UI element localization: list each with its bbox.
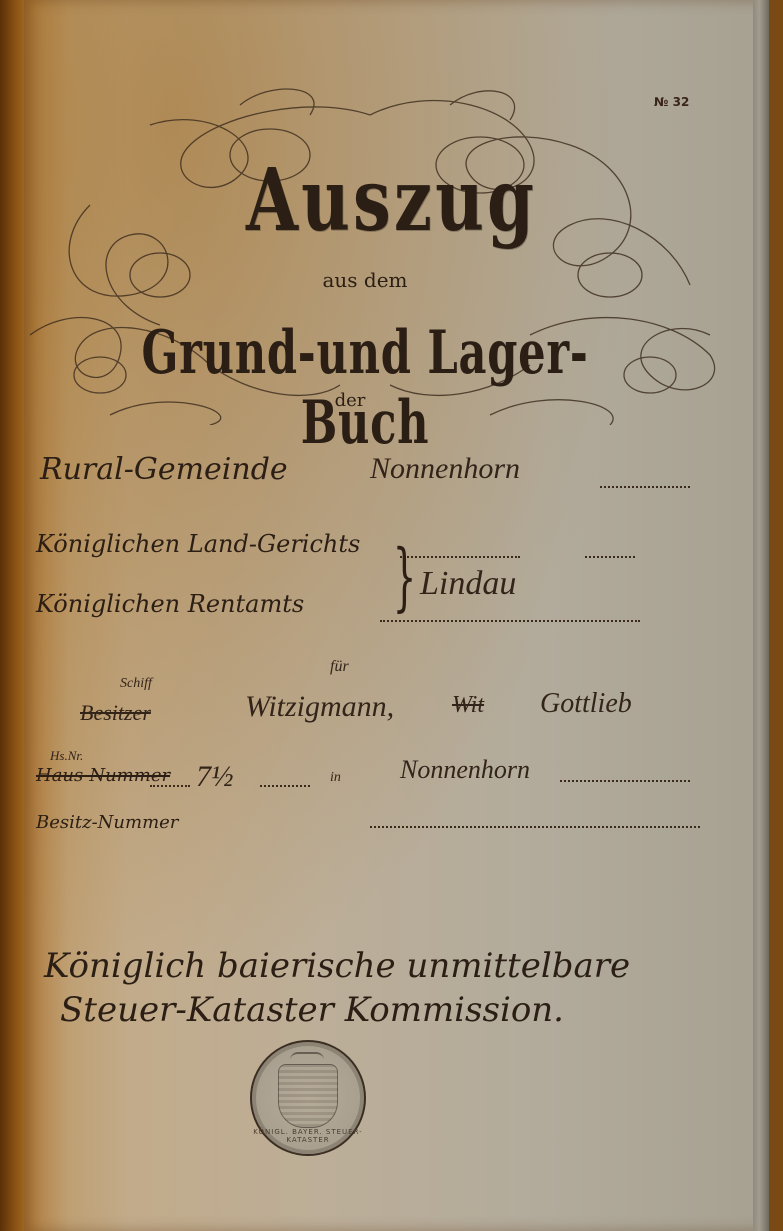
dotted-fill-line <box>370 826 700 828</box>
fuer-label: für <box>330 658 349 676</box>
title-auszug: Auszug <box>86 150 697 251</box>
plan-number-label: Besitz-Nummer <box>36 812 178 833</box>
title-grund-und-lager-buch: Grund-und Lager-Buch <box>102 318 628 458</box>
title-aus-dem: aus dem <box>300 268 430 292</box>
official-seal-stamp: KÖNIGL. BAYER. STEUER-KATASTER <box>250 1040 366 1156</box>
house-number-struck-label: Haus-Nummer <box>36 765 170 786</box>
page-edge <box>753 0 769 1231</box>
landgericht-label: Königlichen Land-Gerichts <box>36 530 360 558</box>
house-number-correction: Hs.Nr. <box>50 748 83 764</box>
gemeinde-label: Rural-Gemeinde <box>40 452 288 487</box>
owner-surname: Witzigmann, <box>245 690 394 724</box>
gemeinde-value: Nonnenhorn <box>370 452 520 486</box>
land-value-lindau: Lindau <box>420 565 516 603</box>
house-number-in: in <box>330 770 341 786</box>
title-der: der <box>310 390 390 411</box>
dotted-fill-line <box>380 620 640 622</box>
dotted-fill-line <box>150 785 190 787</box>
dotted-fill-line <box>260 785 310 787</box>
coat-of-arms-icon <box>278 1064 338 1128</box>
house-number-value: 7½ <box>196 760 234 794</box>
dotted-fill-line <box>600 486 690 488</box>
dotted-fill-line <box>585 556 635 558</box>
brace-bracket: } <box>393 540 417 614</box>
owner-struck-label: Besitzer <box>80 700 151 726</box>
seal-inscription: KÖNIGL. BAYER. STEUER-KATASTER <box>252 1128 364 1144</box>
dotted-fill-line <box>400 556 520 558</box>
authority-line-1: Königlich baierische unmittelbare <box>44 946 630 986</box>
owner-correction: Schiff <box>120 676 152 692</box>
rentamt-label: Königlichen Rentamts <box>36 590 304 618</box>
owner-given-name: Gottlieb <box>540 688 632 720</box>
house-number-place: Nonnenhorn <box>400 755 530 785</box>
dotted-fill-line <box>560 780 690 782</box>
authority-line-2: Steuer-Kataster Kommission. <box>60 990 564 1030</box>
owner-struck-prefix: Wit <box>452 692 484 719</box>
